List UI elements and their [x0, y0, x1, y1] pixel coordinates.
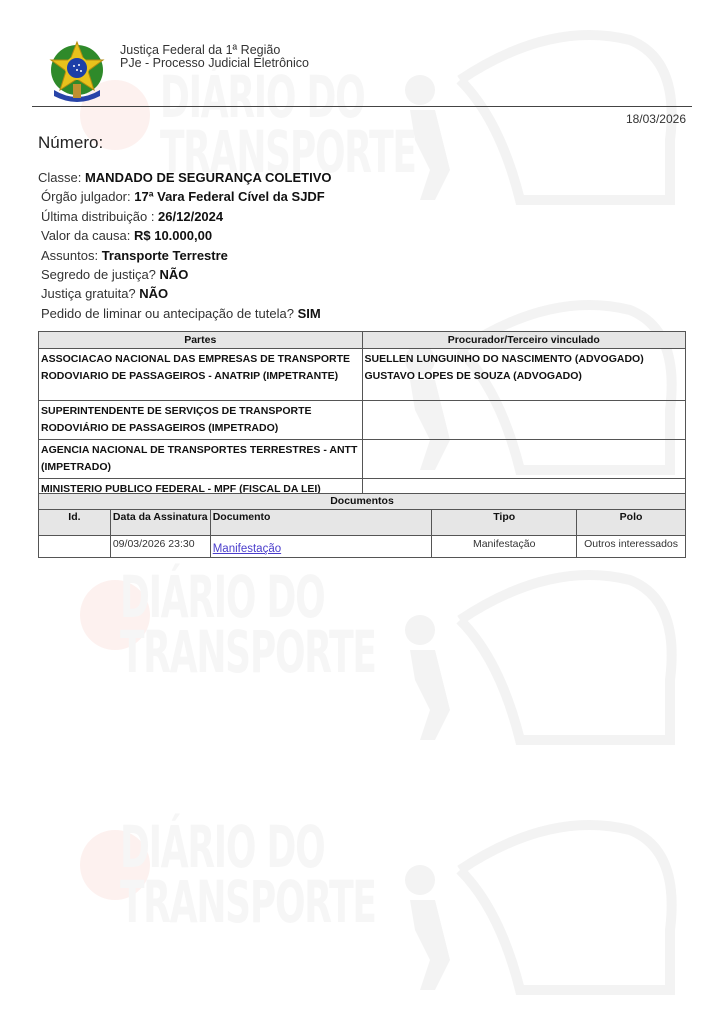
info-orgao: Órgão julgador: 17ª Vara Federal Cível d…: [38, 187, 332, 206]
doc-name-cell: Manifestação: [210, 536, 432, 558]
procurador-cell: [362, 401, 686, 440]
info-valor: Valor da causa: R$ 10.000,00: [38, 226, 332, 245]
info-distribuicao: Última distribuição : 26/12/2024: [38, 207, 332, 226]
documentos-title: Documentos: [39, 494, 686, 510]
process-info: Classe: MANDADO DE SEGURANÇA COLETIVO Ór…: [38, 168, 332, 323]
table-row: SUPERINTENDENTE DE SERVIÇOS DE TRANSPORT…: [39, 401, 686, 440]
procurador-cell: [362, 440, 686, 479]
document-page: Justiça Federal da 1ª Região PJe - Proce…: [0, 0, 724, 1024]
info-classe: Classe: MANDADO DE SEGURANÇA COLETIVO: [38, 168, 332, 187]
table-row: ASSOCIACAO NACIONAL DAS EMPRESAS DE TRAN…: [39, 349, 686, 401]
process-number-label: Número:: [38, 133, 103, 153]
info-segredo: Segredo de justiça? NÃO: [38, 265, 332, 284]
system-name: PJe - Processo Judicial Eletrônico: [120, 57, 309, 70]
doc-id-cell: [39, 536, 111, 558]
table-row: 09/03/2026 23:30 Manifestação Manifestaç…: [39, 536, 686, 558]
col-documento: Documento: [210, 510, 432, 536]
parte-cell: SUPERINTENDENTE DE SERVIÇOS DE TRANSPORT…: [39, 401, 363, 440]
documentos-table: Documentos Id. Data da Assinatura Docume…: [38, 493, 686, 558]
doc-date-cell: 09/03/2026 23:30: [110, 536, 210, 558]
parte-cell: ASSOCIACAO NACIONAL DAS EMPRESAS DE TRAN…: [39, 349, 363, 401]
partes-header: Partes: [39, 332, 363, 349]
print-date: 18/03/2026: [626, 112, 686, 126]
table-row: AGENCIA NACIONAL DE TRANSPORTES TERRESTR…: [39, 440, 686, 479]
procurador-header: Procurador/Terceiro vinculado: [362, 332, 686, 349]
col-data: Data da Assinatura: [110, 510, 210, 536]
partes-table: Partes Procurador/Terceiro vinculado ASS…: [38, 331, 686, 501]
doc-type-cell: Manifestação: [432, 536, 577, 558]
document-link[interactable]: Manifestação: [213, 543, 281, 555]
brazil-coat-of-arms-icon: [46, 38, 108, 104]
info-gratuita: Justiça gratuita? NÃO: [38, 284, 332, 303]
document-header: Justiça Federal da 1ª Região PJe - Proce…: [46, 38, 309, 104]
header-divider: [32, 106, 692, 107]
col-tipo: Tipo: [432, 510, 577, 536]
info-assuntos: Assuntos: Transporte Terrestre: [38, 246, 332, 265]
col-polo: Polo: [577, 510, 686, 536]
procurador-cell: SUELLEN LUNGUINHO DO NASCIMENTO (ADVOGAD…: [362, 349, 686, 401]
info-liminar: Pedido de liminar ou antecipação de tute…: [38, 304, 332, 323]
parte-cell: AGENCIA NACIONAL DE TRANSPORTES TERRESTR…: [39, 440, 363, 479]
doc-polo-cell: Outros interessados: [577, 536, 686, 558]
col-id: Id.: [39, 510, 111, 536]
